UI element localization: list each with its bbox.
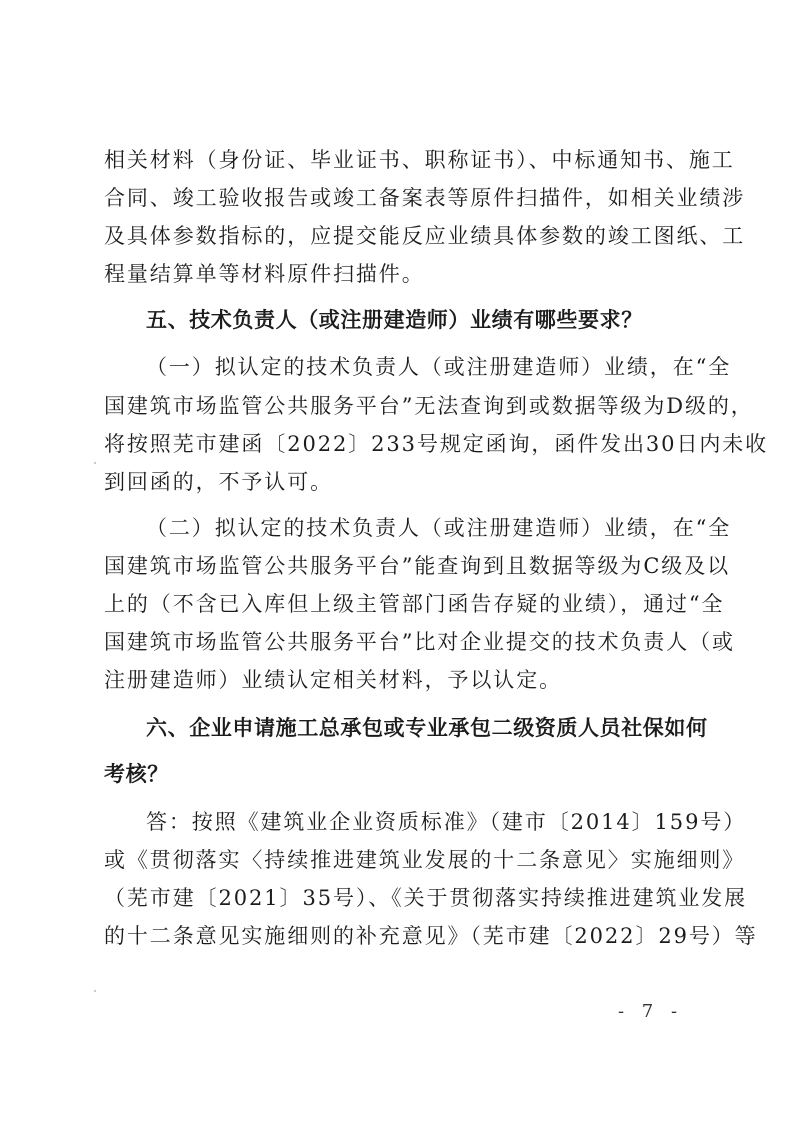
paragraph-line: （一）拟认定的技术负责人（或注册建造师）业绩，在“全 xyxy=(146,353,736,381)
paragraph-line: 程量结算单等材料原件扫描件。 xyxy=(104,260,694,288)
paragraph-line: 到回函的，不予认可。 xyxy=(104,468,694,496)
paragraph-line: 答：按照《建筑业企业资质标准》（建市〔2014〕159号） xyxy=(146,808,736,836)
scan-speck xyxy=(94,462,96,464)
paragraph-line: （二）拟认定的技术负责人（或注册建造师）业绩，在“全 xyxy=(146,514,736,542)
paragraph-line: 国建筑市场监管公共服务平台”比对企业提交的技术负责人（或 xyxy=(104,628,694,656)
paragraph-line: 注册建造师）业绩认定相关材料，予以认定。 xyxy=(104,666,694,694)
paragraph-line: 国建筑市场监管公共服务平台”能查询到且数据等级为C级及以 xyxy=(104,552,694,580)
paragraph-line: 上的（不含已入库但上级主管部门函告存疑的业绩），通过“全 xyxy=(104,590,694,618)
paragraph-line: 国建筑市场监管公共服务平台”无法查询到或数据等级为D级的， xyxy=(104,392,694,420)
section-heading-line: 考核？ xyxy=(104,760,694,788)
paragraph-line: （芜市建〔2021〕35号）、《关于贯彻落实持续推进建筑业发展 xyxy=(104,884,694,912)
document-page: 相关材料（身份证、毕业证书、职称证书）、中标通知书、施工合同、竣工验收报告或竣工… xyxy=(0,0,793,1122)
section-heading-line: 五、技术负责人（或注册建造师）业绩有哪些要求？ xyxy=(146,306,736,334)
paragraph-line: 及具体参数指标的，应提交能反应业绩具体参数的竣工图纸、工 xyxy=(104,222,694,250)
paragraph-line: 或《贯彻落实〈持续推进建筑业发展的十二条意见〉实施细则》 xyxy=(104,846,694,874)
paragraph-line: 的十二条意见实施细则的补充意见》（芜市建〔2022〕29号）等 xyxy=(104,922,694,950)
section-heading-line: 六、企业申请施工总承包或专业承包二级资质人员社保如何 xyxy=(146,714,736,742)
paragraph-line: 将按照芜市建函〔2022〕233号规定函询，函件发出30日内未收 xyxy=(104,430,694,458)
paragraph-line: 相关材料（身份证、毕业证书、职称证书）、中标通知书、施工 xyxy=(104,146,694,174)
paragraph-line: 合同、竣工验收报告或竣工备案表等原件扫描件，如相关业绩涉 xyxy=(104,184,694,212)
page-number: - 7 - xyxy=(618,1001,683,1022)
scan-speck xyxy=(94,990,96,992)
